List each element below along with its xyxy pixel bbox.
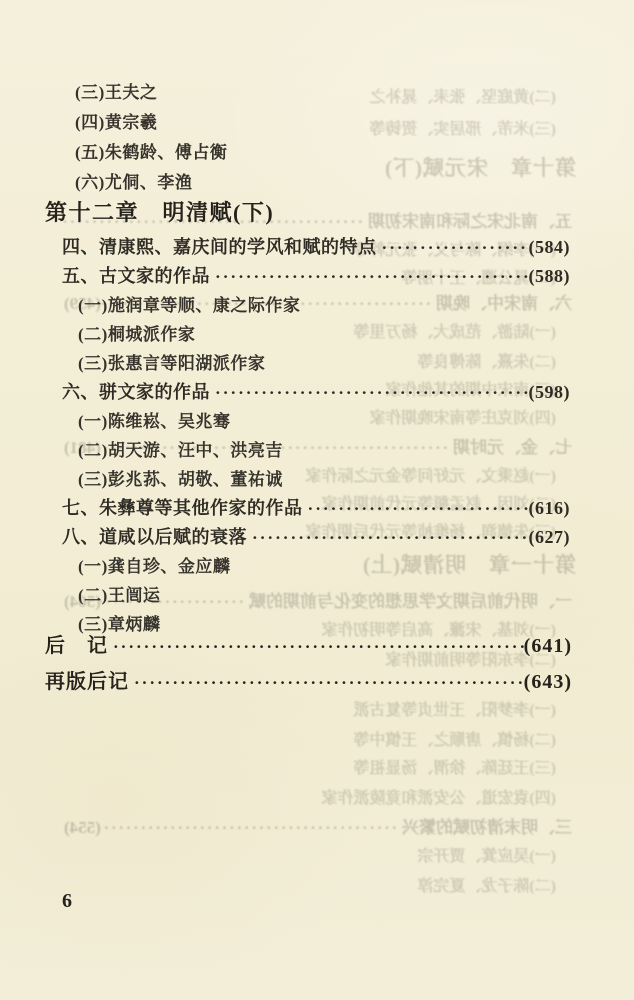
scanned-book-page: (二)黄庭坚、张耒、晁补之(三)米芾、邢居实、贺铸等第十章 宋元赋(下)五、南北… <box>0 0 634 1000</box>
entry-page-number: (641) <box>524 628 572 664</box>
page-number: 6 <box>62 890 72 913</box>
dot-leader: ········································… <box>303 494 529 523</box>
dot-leader: ········································… <box>377 233 529 262</box>
entry-label: 八、道咸以后赋的衰落 <box>62 523 247 552</box>
entry-label: 五、古文家的作品 <box>62 262 210 291</box>
back-matter-list: 后 记·····································… <box>0 628 634 700</box>
toc-entry: (二)王闿运 <box>0 581 634 610</box>
toc-entry: (二)桐城派作家 <box>0 320 634 349</box>
toc-entry: (三)彭兆荪、胡敬、董祐诚 <box>0 465 634 494</box>
entry-page-number: (598) <box>529 378 571 407</box>
entry-label: 再版后记 <box>45 664 129 700</box>
entry-label: (一)施润章等顺、康之际作家 <box>78 291 300 320</box>
entry-label: 七、朱彝尊等其他作家的作品 <box>62 494 303 523</box>
toc-entries: 四、清康熙、嘉庆间的学风和赋的特点·······················… <box>0 233 634 639</box>
entry-page-number: (584) <box>529 233 571 262</box>
toc-carryover-item: (四)黄宗羲 <box>75 108 227 138</box>
dot-leader: ········································… <box>210 378 529 407</box>
back-matter-entry: 后 记·····································… <box>0 628 634 664</box>
toc-entry: (一)施润章等顺、康之际作家 <box>0 291 634 320</box>
toc-carryover-item: (三)王夫之 <box>75 78 227 108</box>
entry-label: (二)桐城派作家 <box>78 320 195 349</box>
dot-leader: ········································… <box>247 523 529 552</box>
entry-label: 六、骈文家的作品 <box>62 378 210 407</box>
entry-label: 四、清康熙、嘉庆间的学风和赋的特点 <box>62 233 377 262</box>
back-matter-entry: 再版后记····································… <box>0 664 634 700</box>
entry-label: (三)张惠言等阳湖派作家 <box>78 349 265 378</box>
entry-label: (一)陈维崧、吴兆骞 <box>78 407 230 436</box>
chapter-heading: 第十二章 明清赋(下) <box>45 196 274 227</box>
toc-carryover-item: (五)朱鹤龄、傅占衡 <box>75 138 227 168</box>
entry-label: (二)王闿运 <box>78 581 160 610</box>
entry-page-number: (643) <box>524 664 572 700</box>
toc-content: (三)王夫之(四)黄宗羲(五)朱鹤龄、傅占衡(六)尤侗、李渔 第十二章 明清赋(… <box>0 0 634 1000</box>
entry-label: (三)彭兆荪、胡敬、董祐诚 <box>78 465 283 494</box>
toc-entry: (一)龚自珍、金应麟 <box>0 552 634 581</box>
toc-entry: 五、古文家的作品································… <box>0 262 634 291</box>
toc-entry: (三)张惠言等阳湖派作家 <box>0 349 634 378</box>
toc-entry: (一)陈维崧、吴兆骞 <box>0 407 634 436</box>
entry-label: (一)龚自珍、金应麟 <box>78 552 230 581</box>
dot-leader: ········································… <box>108 629 524 665</box>
dot-leader: ········································… <box>129 665 524 701</box>
toc-carryover-item: (六)尤侗、李渔 <box>75 168 227 198</box>
toc-entry: (二)胡天游、汪中、洪亮吉 <box>0 436 634 465</box>
entry-page-number: (627) <box>529 523 571 552</box>
dot-leader: ········································… <box>210 262 529 291</box>
toc-carryover-list: (三)王夫之(四)黄宗羲(五)朱鹤龄、傅占衡(六)尤侗、李渔 <box>75 78 227 198</box>
entry-label: (二)胡天游、汪中、洪亮吉 <box>78 436 283 465</box>
entry-page-number: (588) <box>529 262 571 291</box>
toc-entry: 六、骈文家的作品································… <box>0 378 634 407</box>
entry-label: 后 记 <box>45 628 108 664</box>
entry-page-number: (616) <box>529 494 571 523</box>
toc-entry: 八、道咸以后赋的衰落······························… <box>0 523 634 552</box>
toc-entry: 七、朱彝尊等其他作家的作品···························… <box>0 494 634 523</box>
toc-entry: 四、清康熙、嘉庆间的学风和赋的特点·······················… <box>0 233 634 262</box>
